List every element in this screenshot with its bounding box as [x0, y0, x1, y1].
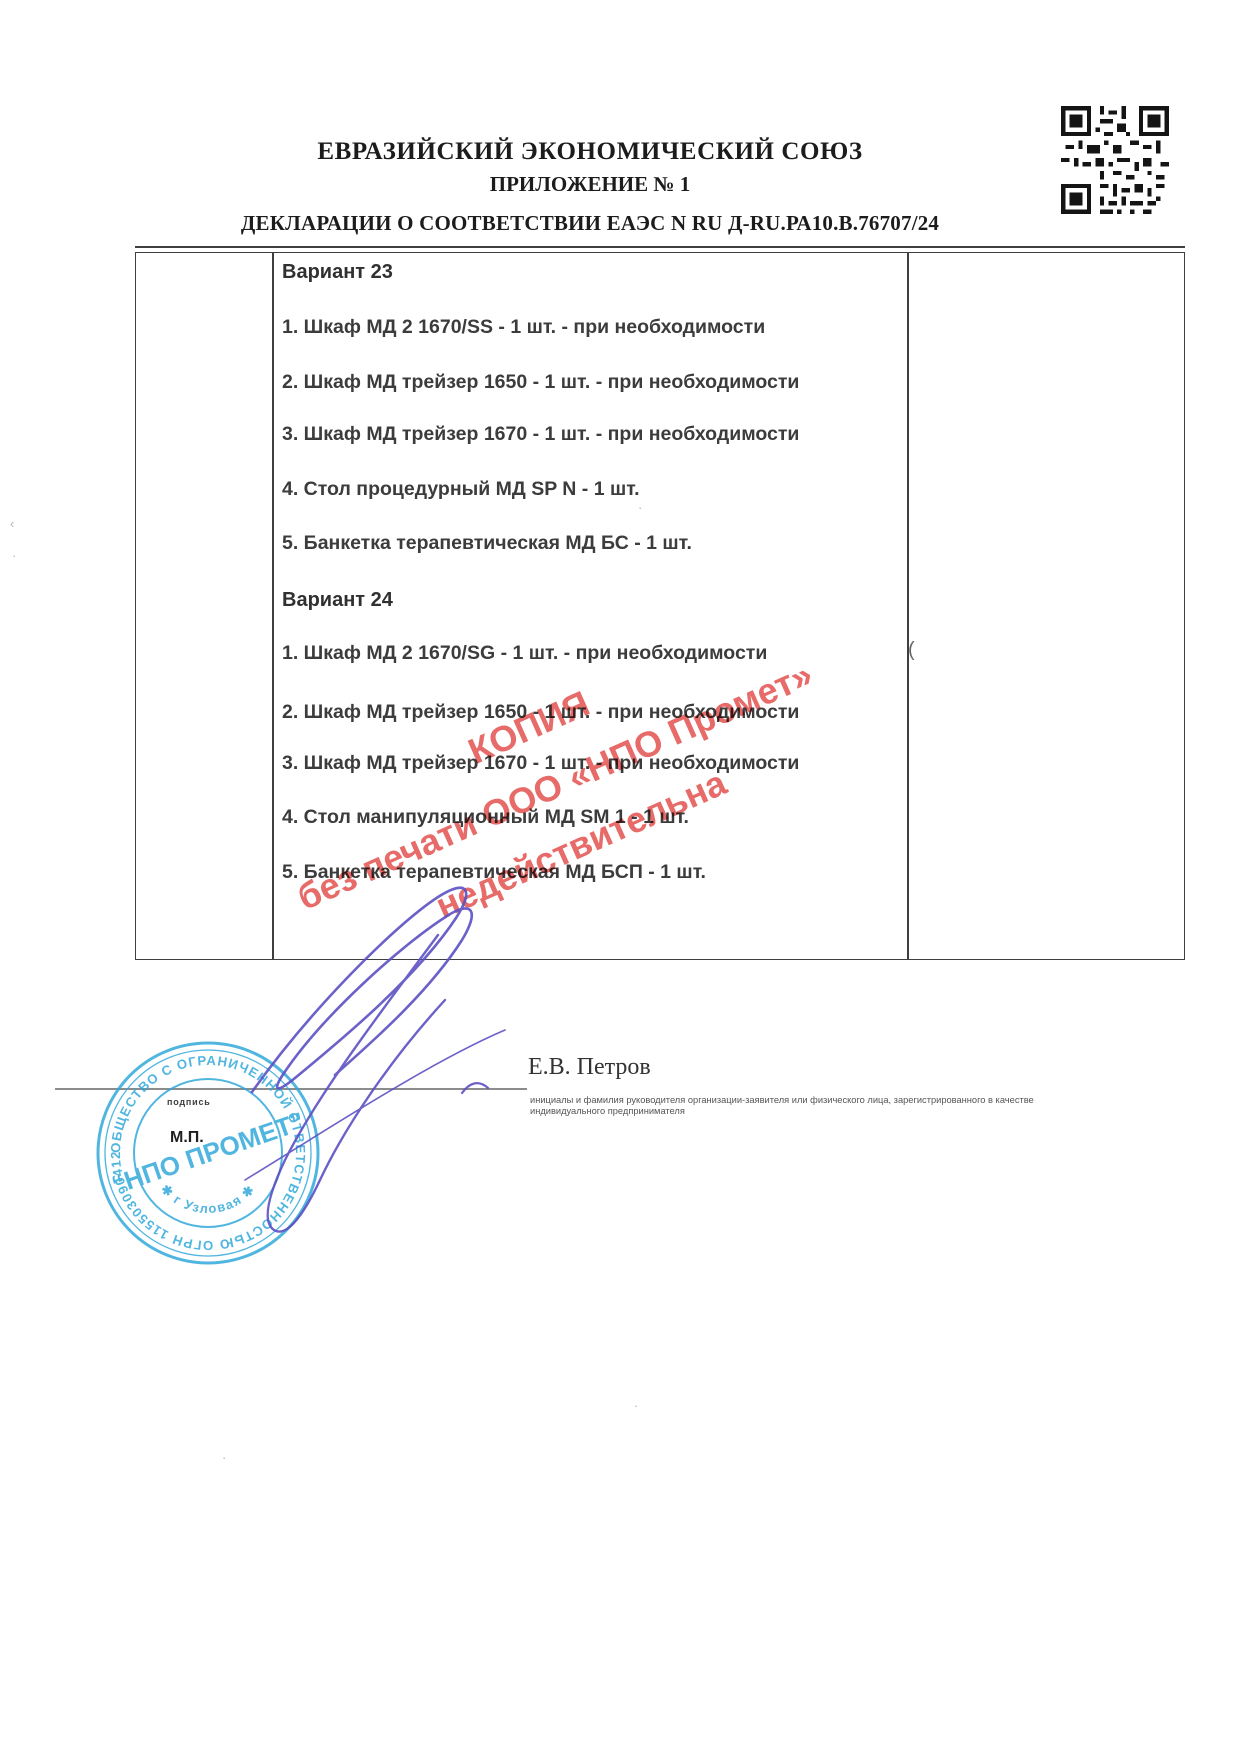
header-underline [135, 246, 1185, 248]
table-item: 1. Шкаф МД 2 1670/SS - 1 шт. - при необх… [282, 316, 902, 339]
declaration-number-line: ДЕКЛАРАЦИИ О СООТВЕТСТВИИ ЕАЭС N RU Д-RU… [0, 211, 1180, 236]
scan-speck: · [634, 1398, 638, 1413]
variant-heading: Вариант 23 [282, 261, 902, 284]
caption-line: индивидуального предпринимателя [530, 1106, 685, 1116]
scan-speck: · [12, 548, 16, 563]
stamp-city-text: ✱ г Узловая ✱ [158, 1181, 258, 1216]
caption-line: инициалы и фамилия руководителя организа… [530, 1095, 1034, 1105]
table-column-divider [907, 253, 909, 959]
variant-heading: Вариант 24 [282, 589, 902, 612]
svg-text:✱ г Узловая ✱: ✱ г Узловая ✱ [158, 1181, 258, 1216]
signatory-caption: инициалы и фамилия руководителя организа… [530, 1095, 1034, 1117]
scan-speck: · [638, 500, 642, 515]
stray-scan-mark: ( [908, 639, 915, 662]
table-item: 5. Банкетка терапевтическая МД БС - 1 шт… [282, 532, 902, 555]
scan-speck: · [222, 1450, 226, 1465]
table-item: 3. Шкаф МД трейзер 1670 - 1 шт. - при не… [282, 423, 902, 446]
document-page: ЕВРАЗИЙСКИЙ ЭКОНОМИЧЕСКИЙ СОЮЗ ПРИЛОЖЕНИ… [0, 0, 1240, 1754]
stamp-center-text: “НПО ПРОМЕТ” [108, 1106, 308, 1200]
signatory-name: Е.В. Петров [528, 1054, 651, 1081]
table-item: 4. Стол процедурный МД SP N - 1 шт. [282, 478, 902, 501]
scan-speck: ‹ [10, 516, 14, 531]
union-title: ЕВРАЗИЙСКИЙ ЭКОНОМИЧЕСКИЙ СОЮЗ [0, 138, 1180, 166]
table-item: 2. Шкаф МД трейзер 1650 - 1 шт. - при не… [282, 371, 902, 394]
appendix-title: ПРИЛОЖЕНИЕ № 1 [0, 172, 1180, 197]
company-stamp: ОБЩЕСТВО С ОГРАНИЧЕННОЙ ОТВЕТСТВЕННОСТЬЮ… [92, 1037, 324, 1269]
